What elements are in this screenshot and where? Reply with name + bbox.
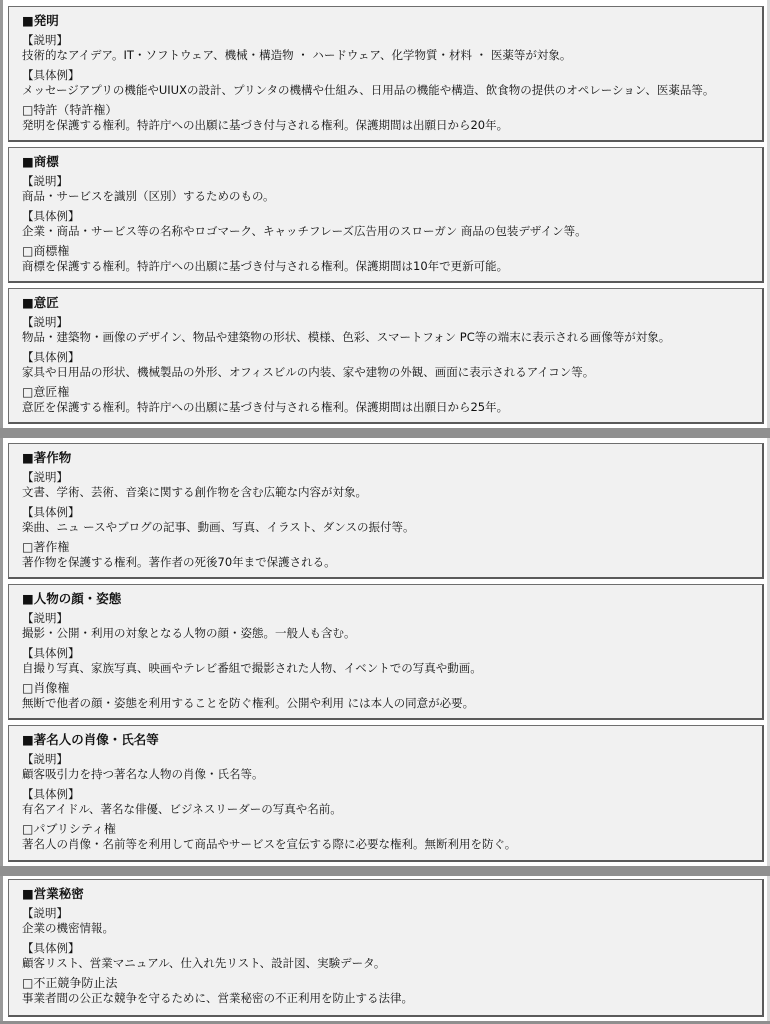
description-section: 【説明】 文書、学術、芸術、音楽に関する創作物を含む広範な内容が対象。 xyxy=(22,470,750,500)
card-invention: ■発明 【説明】 技術的なアイデア。IT・ソフトウェア、機械・構造物 ・ ハード… xyxy=(8,6,764,142)
examples-label: 【具体例】 xyxy=(22,350,750,365)
card-title: ■人物の顔・姿態 xyxy=(22,590,750,608)
description-label: 【説明】 xyxy=(22,906,750,921)
group-industrial-property: ■発明 【説明】 技術的なアイデア。IT・ソフトウェア、機械・構造物 ・ ハード… xyxy=(0,0,770,428)
examples-text: 顧客リスト、営業マニュアル、仕入れ先リスト、設計図、実験データ。 xyxy=(22,956,750,971)
description-section: 【説明】 物品・建築物・画像のデザイン、物品や建築物の形状、模様、色彩、スマート… xyxy=(22,315,750,345)
description-text: 文書、学術、芸術、音楽に関する創作物を含む広範な内容が対象。 xyxy=(22,485,750,500)
right-text: 著名人の肖像・名前等を利用して商品やサービスを宣伝する際に必要な権利。無断利用を… xyxy=(22,837,750,852)
description-section: 【説明】 顧客吸引力を持つ著名な人物の肖像・氏名等。 xyxy=(22,752,750,782)
examples-text: 企業・商品・サービス等の名称やロゴマーク、キャッチフレーズ広告用のスローガン 商… xyxy=(22,224,750,239)
description-label: 【説明】 xyxy=(22,752,750,767)
card-title: ■意匠 xyxy=(22,294,750,312)
description-text: 商品・サービスを識別（区別）するためのもの。 xyxy=(22,189,750,204)
right-section: □意匠権 意匠を保護する権利。特許庁への出願に基づき付与される権利。保護期間は出… xyxy=(22,385,750,415)
right-label: □肖像権 xyxy=(22,681,750,696)
right-label: □意匠権 xyxy=(22,385,750,400)
right-text: 商標を保護する権利。特許庁への出願に基づき付与される権利。保護期間は10年で更新… xyxy=(22,259,750,274)
description-label: 【説明】 xyxy=(22,470,750,485)
right-label: □著作権 xyxy=(22,540,750,555)
card-title: ■著作物 xyxy=(22,449,750,467)
card-title: ■著名人の肖像・氏名等 xyxy=(22,731,750,749)
right-text: 発明を保護する権利。特許庁への出願に基づき付与される権利。保護期間は出願日から2… xyxy=(22,118,750,133)
examples-label: 【具体例】 xyxy=(22,68,750,83)
right-label: □特許（特許権） xyxy=(22,103,750,118)
right-text: 著作物を保護する権利。著作者の死後70年まで保護される。 xyxy=(22,555,750,570)
examples-section: 【具体例】 メッセージアプリの機能やUIUXの設計、プリンタの機構や仕組み、日用… xyxy=(22,68,750,98)
card-person-likeness: ■人物の顔・姿態 【説明】 撮影・公開・利用の対象となる人物の顔・姿態。一般人も… xyxy=(8,584,764,720)
card-title: ■営業秘密 xyxy=(22,885,750,903)
card-copyrighted-work: ■著作物 【説明】 文書、学術、芸術、音楽に関する創作物を含む広範な内容が対象。… xyxy=(8,443,764,579)
examples-label: 【具体例】 xyxy=(22,941,750,956)
examples-text: 自撮り写真、家族写真、映画やテレビ番組で撮影された人物、イベントでの写真や動画。 xyxy=(22,661,750,676)
right-text: 事業者間の公正な競争を守るために、営業秘密の不正利用を防止する法律。 xyxy=(22,991,750,1006)
card-celebrity-likeness: ■著名人の肖像・氏名等 【説明】 顧客吸引力を持つ著名な人物の肖像・氏名等。 【… xyxy=(8,725,764,862)
right-text: 無断で他者の顔・姿態を利用することを防ぐ権利。公開や利用 には本人の同意が必要。 xyxy=(22,696,750,711)
description-section: 【説明】 企業の機密情報。 xyxy=(22,906,750,936)
card-design: ■意匠 【説明】 物品・建築物・画像のデザイン、物品や建築物の形状、模様、色彩、… xyxy=(8,288,764,424)
examples-section: 【具体例】 企業・商品・サービス等の名称やロゴマーク、キャッチフレーズ広告用のス… xyxy=(22,209,750,239)
description-text: 撮影・公開・利用の対象となる人物の顔・姿態。一般人も含む。 xyxy=(22,626,750,641)
examples-text: 楽曲、ニュ ースやブログの記事、動画、写真、イラスト、ダンスの振付等。 xyxy=(22,520,750,535)
right-label: □商標権 xyxy=(22,244,750,259)
description-text: 技術的なアイデア。IT・ソフトウェア、機械・構造物 ・ ハードウェア、化学物質・… xyxy=(22,48,750,63)
examples-label: 【具体例】 xyxy=(22,787,750,802)
right-section: □肖像権 無断で他者の顔・姿態を利用することを防ぐ権利。公開や利用 には本人の同… xyxy=(22,681,750,711)
examples-section: 【具体例】 自撮り写真、家族写真、映画やテレビ番組で撮影された人物、イベントでの… xyxy=(22,646,750,676)
description-section: 【説明】 撮影・公開・利用の対象となる人物の顔・姿態。一般人も含む。 xyxy=(22,611,750,641)
group-trade-secret: ■営業秘密 【説明】 企業の機密情報。 【具体例】 顧客リスト、営業マニュアル、… xyxy=(0,876,770,1021)
examples-text: 家具や日用品の形状、機械製品の外形、オフィスビルの内装、家や建物の外観、画面に表… xyxy=(22,365,750,380)
card-title: ■商標 xyxy=(22,153,750,171)
right-label: □不正競争防止法 xyxy=(22,976,750,991)
description-text: 物品・建築物・画像のデザイン、物品や建築物の形状、模様、色彩、スマートフォン P… xyxy=(22,330,750,345)
examples-section: 【具体例】 顧客リスト、営業マニュアル、仕入れ先リスト、設計図、実験データ。 xyxy=(22,941,750,971)
description-section: 【説明】 商品・サービスを識別（区別）するためのもの。 xyxy=(22,174,750,204)
examples-section: 【具体例】 有名アイドル、著名な俳優、ビジネスリーダーの写真や名前。 xyxy=(22,787,750,817)
card-trademark: ■商標 【説明】 商品・サービスを識別（区別）するためのもの。 【具体例】 企業… xyxy=(8,147,764,283)
right-label: □パブリシティ権 xyxy=(22,822,750,837)
description-label: 【説明】 xyxy=(22,174,750,189)
examples-section: 【具体例】 家具や日用品の形状、機械製品の外形、オフィスビルの内装、家や建物の外… xyxy=(22,350,750,380)
right-section: □商標権 商標を保護する権利。特許庁への出願に基づき付与される権利。保護期間は1… xyxy=(22,244,750,274)
examples-text: 有名アイドル、著名な俳優、ビジネスリーダーの写真や名前。 xyxy=(22,802,750,817)
description-label: 【説明】 xyxy=(22,315,750,330)
examples-label: 【具体例】 xyxy=(22,646,750,661)
examples-section: 【具体例】 楽曲、ニュ ースやブログの記事、動画、写真、イラスト、ダンスの振付等… xyxy=(22,505,750,535)
description-text: 企業の機密情報。 xyxy=(22,921,750,936)
right-section: □不正競争防止法 事業者間の公正な競争を守るために、営業秘密の不正利用を防止する… xyxy=(22,976,750,1006)
description-label: 【説明】 xyxy=(22,611,750,626)
card-title: ■発明 xyxy=(22,12,750,30)
right-section: □著作権 著作物を保護する権利。著作者の死後70年まで保護される。 xyxy=(22,540,750,570)
description-label: 【説明】 xyxy=(22,33,750,48)
group-copyright-and-portrait: ■著作物 【説明】 文書、学術、芸術、音楽に関する創作物を含む広範な内容が対象。… xyxy=(0,438,770,866)
card-trade-secret: ■営業秘密 【説明】 企業の機密情報。 【具体例】 顧客リスト、営業マニュアル、… xyxy=(8,879,764,1017)
examples-label: 【具体例】 xyxy=(22,505,750,520)
description-section: 【説明】 技術的なアイデア。IT・ソフトウェア、機械・構造物 ・ ハードウェア、… xyxy=(22,33,750,63)
right-section: □パブリシティ権 著名人の肖像・名前等を利用して商品やサービスを宣伝する際に必要… xyxy=(22,822,750,852)
description-text: 顧客吸引力を持つ著名な人物の肖像・氏名等。 xyxy=(22,767,750,782)
right-section: □特許（特許権） 発明を保護する権利。特許庁への出願に基づき付与される権利。保護… xyxy=(22,103,750,133)
right-text: 意匠を保護する権利。特許庁への出願に基づき付与される権利。保護期間は出願日から2… xyxy=(22,400,750,415)
examples-text: メッセージアプリの機能やUIUXの設計、プリンタの機構や仕組み、日用品の機能や構… xyxy=(22,83,750,98)
examples-label: 【具体例】 xyxy=(22,209,750,224)
